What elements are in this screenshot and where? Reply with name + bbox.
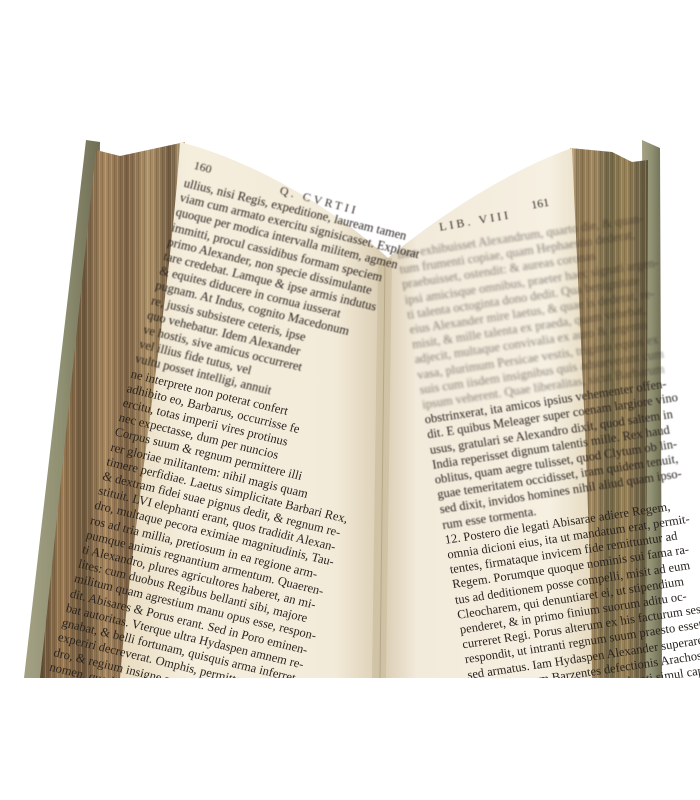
photo-scene: 160 Q. CVRTII LIB. VIII 161 ullius, nisi… (0, 0, 700, 800)
bottom-white-space (0, 678, 700, 800)
right-page-number: 161 (530, 195, 550, 213)
